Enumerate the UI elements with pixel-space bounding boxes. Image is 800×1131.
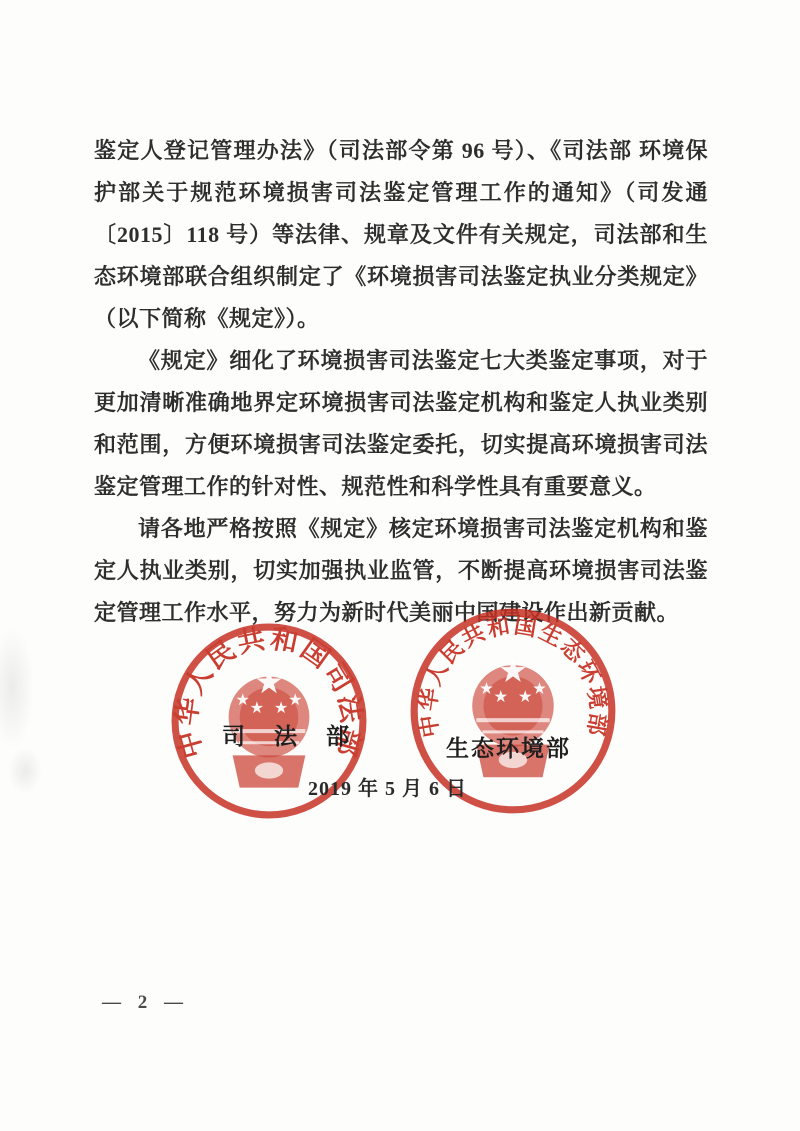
- paragraph-1: 鉴定人登记管理办法》（司法部令第 96 号）、《司法部 环境保护部关于规范环境损…: [94, 130, 708, 340]
- ministry-justice-signature: 司法部: [222, 718, 378, 751]
- scan-smudge: [0, 628, 34, 748]
- document-page: 鉴定人登记管理办法》（司法部令第 96 号）、《司法部 环境保护部关于规范环境损…: [0, 0, 800, 1131]
- scan-smudge: [8, 748, 42, 794]
- ministry-ecology-signature: 生态环境部: [446, 730, 571, 763]
- issue-date: 2019 年 5 月 6 日: [308, 772, 467, 801]
- paragraph-2: 《规定》细化了环境损害司法鉴定七大类鉴定事项，对于更加清晰准确地界定环境损害司法…: [94, 340, 708, 508]
- page-number: — 2 —: [102, 992, 189, 1014]
- body-text: 鉴定人登记管理办法》（司法部令第 96 号）、《司法部 环境保护部关于规范环境损…: [94, 130, 708, 634]
